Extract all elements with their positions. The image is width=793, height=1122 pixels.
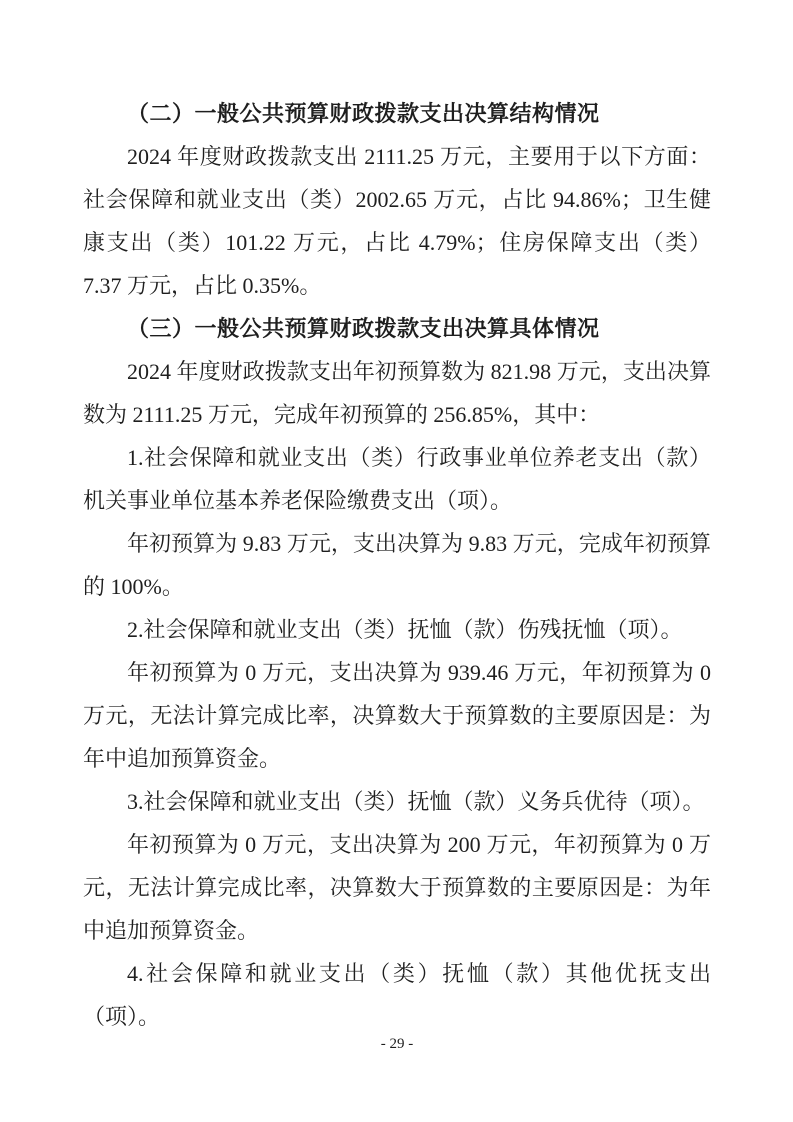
para-structure-summary: 2024 年度财政拨款支出 2111.25 万元，主要用于以下方面：社会保障和就… [83, 135, 711, 307]
para-item-3-detail: 年初预算为 0 万元，支出决算为 200 万元，年初预算为 0 万元，无法计算完… [83, 823, 711, 952]
para-item-2-title: 2.社会保障和就业支出（类）抚恤（款）伤残抚恤（项）。 [83, 608, 711, 651]
document-page: （二）一般公共预算财政拨款支出决算结构情况 2024 年度财政拨款支出 2111… [0, 0, 793, 1122]
section-heading-structure: （二）一般公共预算财政拨款支出决算结构情况 [83, 92, 711, 135]
para-item-1-title: 1.社会保障和就业支出（类）行政事业单位养老支出（款）机关事业单位基本养老保险缴… [83, 436, 711, 522]
page-number: - 29 - [83, 1033, 711, 1055]
para-item-3-title: 3.社会保障和就业支出（类）抚恤（款）义务兵优待（项）。 [83, 780, 711, 823]
section-heading-detail: （三）一般公共预算财政拨款支出决算具体情况 [83, 307, 711, 350]
document-body: （二）一般公共预算财政拨款支出决算结构情况 2024 年度财政拨款支出 2111… [83, 92, 711, 1038]
para-item-1-detail: 年初预算为 9.83 万元，支出决算为 9.83 万元，完成年初预算的 100%… [83, 522, 711, 608]
para-item-2-detail: 年初预算为 0 万元，支出决算为 939.46 万元，年初预算为 0 万元，无法… [83, 651, 711, 780]
para-item-4-title: 4.社会保障和就业支出（类）抚恤（款）其他优抚支出（项）。 [83, 952, 711, 1038]
para-detail-summary: 2024 年度财政拨款支出年初预算数为 821.98 万元，支出决算数为 211… [83, 350, 711, 436]
